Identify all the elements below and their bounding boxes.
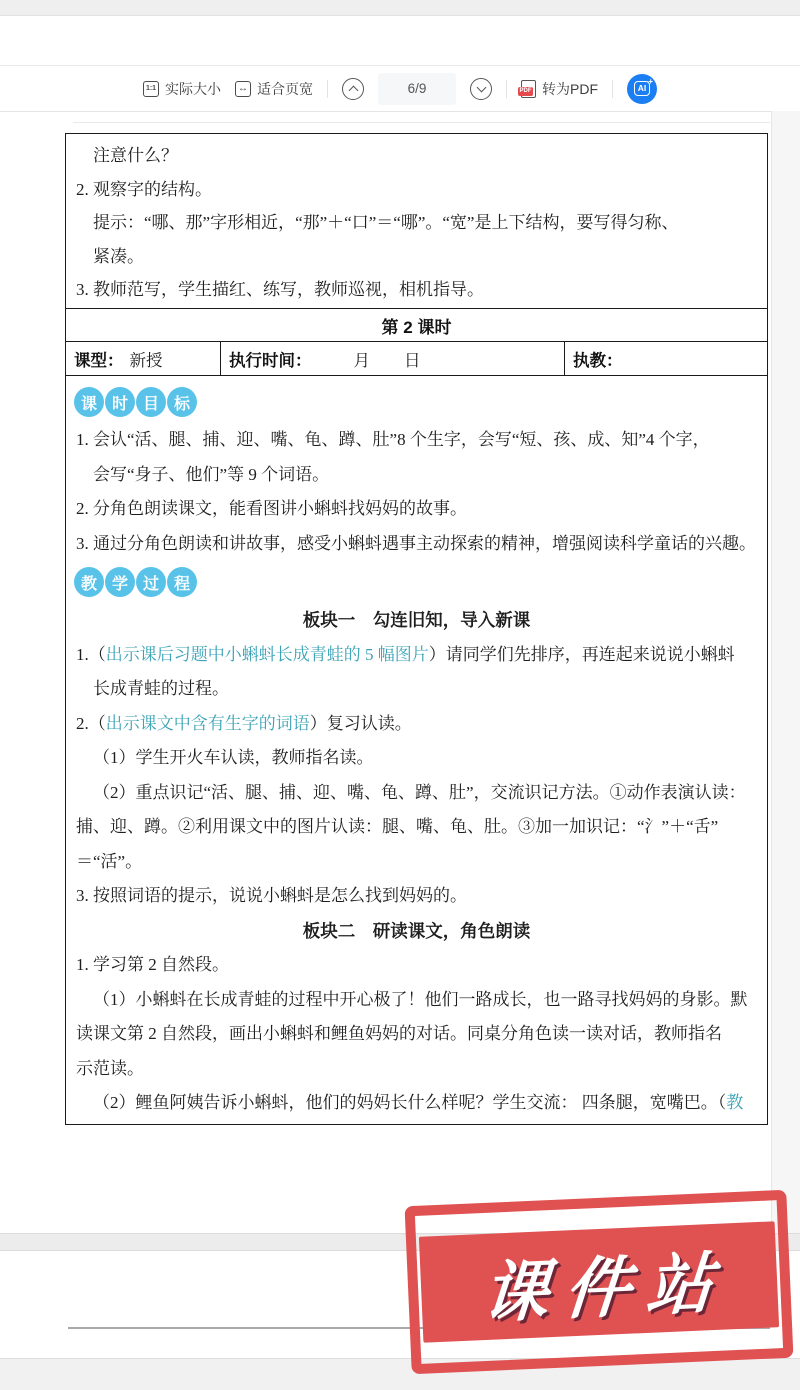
- badge-circle: 课: [74, 387, 104, 417]
- toolbar-divider: [506, 80, 507, 98]
- fit-width-button[interactable]: ↔ 适合页宽: [235, 79, 313, 99]
- course-type-label: 课型：: [74, 347, 124, 371]
- badge-circle: 时: [105, 387, 135, 417]
- doc-text: 3. 按照词语的提示，说说小蝌蚪是怎么找到妈妈的。: [76, 886, 467, 905]
- watermark-stamp: 课件站: [405, 1190, 794, 1375]
- course-type-cell: 课型： 新授: [66, 342, 221, 375]
- section-badge: 教学过程: [66, 565, 767, 599]
- doc-text-line: 1. 学习第 2 自然段。: [66, 948, 767, 983]
- doc-text: 板块二 研读课文，角色朗读: [303, 921, 531, 941]
- ai-assistant-button[interactable]: AI +: [627, 74, 657, 104]
- doc-text-line: 3. 通过分角色朗读和讲故事，感受小蝌蚪遇事主动探索的精神，增强阅读科学童话的兴…: [66, 527, 767, 562]
- actual-size-icon: 1:1: [143, 81, 159, 97]
- teacher-label: 执教：: [573, 347, 623, 371]
- pdf-file-icon: PDF: [521, 80, 536, 98]
- doc-text-line: （2）重点识记“活、腿、捕、迎、嘴、龟、蹲、肚”，交流识记方法。①动作表演认读：: [66, 776, 767, 811]
- doc-text-line: 长成青蛙的过程。: [66, 672, 767, 707]
- table-row-continued-text: 注意什么？2. 观察字的结构。提示：“哪、那”字形相近，“那”＋“口”＝“哪”。…: [66, 134, 767, 309]
- doc-text: 1.（: [76, 645, 106, 664]
- month-label: 月: [354, 347, 371, 371]
- teal-annotation-text: 出示课文中含有生字的词语: [106, 714, 310, 733]
- doc-text: 提示：“哪、那”字形相近，“那”＋“口”＝“哪”。“宽”是上下结构，要写得匀称、: [93, 213, 678, 232]
- top-text-block: 注意什么？2. 观察字的结构。提示：“哪、那”字形相近，“那”＋“口”＝“哪”。…: [66, 139, 767, 307]
- next-page-button[interactable]: [470, 78, 492, 100]
- teacher-cell: 执教：: [565, 342, 767, 375]
- doc-text: 紧凑。: [93, 247, 144, 266]
- doc-text-line: 紧凑。: [66, 240, 767, 274]
- doc-text-line: （2）鲤鱼阿姨告诉小蝌蚪，他们的妈妈长什么样呢？学生交流： 四条腿，宽嘴巴。（教: [66, 1086, 767, 1121]
- badge-circle: 标: [167, 387, 197, 417]
- doc-text-line: 2. 分角色朗读课文，能看图讲小蝌蚪找妈妈的故事。: [66, 492, 767, 527]
- exec-time-label: 执行时间：: [229, 347, 312, 371]
- doc-text-line: 2.（出示课文中含有生字的词语）复习认读。: [66, 707, 767, 742]
- lesson-body-block: 课时目标1. 会认“活、腿、捕、迎、嘴、龟、蹲、肚”8 个生字，会写“短、孩、成…: [66, 385, 767, 1121]
- doc-text-line: 提示：“哪、那”字形相近，“那”＋“口”＝“哪”。“宽”是上下结构，要写得匀称、: [66, 206, 767, 240]
- doc-text: 2. 观察字的结构。: [76, 180, 212, 199]
- doc-text: 1. 学习第 2 自然段。: [76, 955, 229, 974]
- chevron-down-icon: [476, 82, 486, 92]
- badge-circle: 程: [167, 567, 197, 597]
- section-badge: 课时目标: [66, 385, 767, 419]
- doc-text-line: 注意什么？: [66, 139, 767, 173]
- day-label: 日: [404, 347, 421, 371]
- doc-text: ）复习认读。: [310, 714, 412, 733]
- exec-time-cell: 执行时间： 月 日: [221, 342, 565, 375]
- chevron-up-icon: [348, 85, 358, 95]
- doc-text: （1）学生开火车认读，教师指名读。: [93, 748, 374, 767]
- doc-text: 读课文第 2 自然段，画出小蝌蚪和鲤鱼妈妈的对话。同桌分角色读一读对话，教师指名: [76, 1024, 722, 1043]
- doc-text: （2）重点识记“活、腿、捕、迎、嘴、龟、蹲、肚”，交流识记方法。①动作表演认读：: [93, 783, 746, 802]
- browser-top-strip: [0, 0, 800, 16]
- doc-text: 会写“身子、他们”等 9 个词语。: [93, 465, 329, 484]
- stamp-text: 课件站: [465, 1229, 732, 1336]
- table-row-session-header: 第 2 课时: [66, 309, 767, 342]
- doc-text-line: （1）学生开火车认读，教师指名读。: [66, 741, 767, 776]
- table-row-course-info: 课型： 新授 执行时间： 月 日 执教：: [66, 342, 767, 376]
- ai-plus-icon: +: [648, 78, 653, 86]
- doc-text-line: 1. 会认“活、腿、捕、迎、嘴、龟、蹲、肚”8 个生字，会写“短、孩、成、知”4…: [66, 423, 767, 458]
- doc-text-line: 1.（出示课后习题中小蝌蚪长成青蛙的 5 幅图片）请同学们先排序，再连起来说说小…: [66, 638, 767, 673]
- badge-circle: 目: [136, 387, 166, 417]
- page-boundary-line: [73, 122, 770, 123]
- fit-width-label: 适合页宽: [257, 79, 313, 99]
- teal-annotation-text: 教: [726, 1093, 743, 1112]
- doc-text-line: 会写“身子、他们”等 9 个词语。: [66, 458, 767, 493]
- previous-page-button[interactable]: [342, 78, 364, 100]
- section-heading: 板块二 研读课文，角色朗读: [66, 914, 767, 949]
- teal-annotation-text: 出示课后习题中小蝌蚪长成青蛙的 5 幅图片: [106, 645, 429, 664]
- viewer-background-gutter: [771, 111, 800, 1233]
- doc-text-line: 3. 按照词语的提示，说说小蝌蚪是怎么找到妈妈的。: [66, 879, 767, 914]
- doc-text: （1）小蝌蚪在长成青蛙的过程中开心极了！他们一路成长，也一路寻找妈妈的身影。默: [93, 990, 748, 1009]
- badge-circle: 学: [105, 567, 135, 597]
- doc-text-line: 2. 观察字的结构。: [66, 173, 767, 207]
- stamp-body: 课件站: [419, 1221, 779, 1342]
- fit-width-icon: ↔: [235, 81, 251, 97]
- doc-text-line: 示范读。: [66, 1052, 767, 1087]
- doc-text: 2.（: [76, 714, 106, 733]
- doc-text-line: 读课文第 2 自然段，画出小蝌蚪和鲤鱼妈妈的对话。同桌分角色读一读对话，教师指名: [66, 1017, 767, 1052]
- doc-text: 捕、迎、蹲。②利用课文中的图片认读：腿、嘴、龟、肚。③加一加识记：“氵”＋“舌”: [76, 817, 718, 836]
- doc-text: ）请同学们先排序，再连起来说说小蝌蚪: [429, 645, 735, 664]
- doc-text-line: 捕、迎、蹲。②利用课文中的图片认读：腿、嘴、龟、肚。③加一加识记：“氵”＋“舌”: [66, 810, 767, 845]
- page-indicator[interactable]: 6/9: [378, 73, 456, 105]
- doc-text: （2）鲤鱼阿姨告诉小蝌蚪，他们的妈妈长什么样呢？学生交流： 四条腿，宽嘴巴。（: [93, 1093, 726, 1112]
- session-title: 第 2 课时: [382, 313, 452, 338]
- doc-text-line: ＝“活”。: [66, 845, 767, 880]
- doc-text: 3. 通过分角色朗读和讲故事，感受小蝌蚪遇事主动探索的精神，增强阅读科学童话的兴…: [76, 534, 756, 553]
- course-type-value: 新授: [130, 347, 163, 371]
- doc-text: 长成青蛙的过程。: [93, 679, 229, 698]
- doc-text-line: 3. 教师范写，学生描红、练写，教师巡视，相机指导。: [66, 273, 767, 307]
- doc-text: 注意什么？: [93, 146, 178, 165]
- doc-text-line: （1）小蝌蚪在长成青蛙的过程中开心极了！他们一路成长，也一路寻找妈妈的身影。默: [66, 983, 767, 1018]
- doc-text: 板块一 勾连旧知，导入新课: [303, 610, 531, 630]
- table-row-lesson-body: 课时目标1. 会认“活、腿、捕、迎、嘴、龟、蹲、肚”8 个生字，会写“短、孩、成…: [66, 376, 767, 1124]
- badge-circle: 过: [136, 567, 166, 597]
- badge-circle: 教: [74, 567, 104, 597]
- doc-text: 1. 会认“活、腿、捕、迎、嘴、龟、蹲、肚”8 个生字，会写“短、孩、成、知”4…: [76, 430, 710, 449]
- actual-size-label: 实际大小: [165, 79, 221, 99]
- viewer-toolbar: 1:1 实际大小 ↔ 适合页宽 6/9 PDF 转为PDF AI +: [0, 65, 800, 112]
- browser-bottom-strip: [0, 1358, 800, 1390]
- section-heading: 板块一 勾连旧知，导入新课: [66, 603, 767, 638]
- doc-text: 3. 教师范写，学生描红、练写，教师巡视，相机指导。: [76, 280, 484, 299]
- convert-to-pdf-button[interactable]: PDF 转为PDF: [521, 79, 598, 99]
- doc-text: 示范读。: [76, 1059, 144, 1078]
- lesson-plan-table: 注意什么？2. 观察字的结构。提示：“哪、那”字形相近，“那”＋“口”＝“哪”。…: [65, 133, 768, 1125]
- doc-text: ＝“活”。: [76, 852, 142, 871]
- convert-to-pdf-label: 转为PDF: [542, 79, 598, 99]
- actual-size-button[interactable]: 1:1 实际大小: [143, 79, 221, 99]
- toolbar-divider: [612, 80, 613, 98]
- doc-text: 2. 分角色朗读课文，能看图讲小蝌蚪找妈妈的故事。: [76, 499, 467, 518]
- toolbar-divider: [327, 80, 328, 98]
